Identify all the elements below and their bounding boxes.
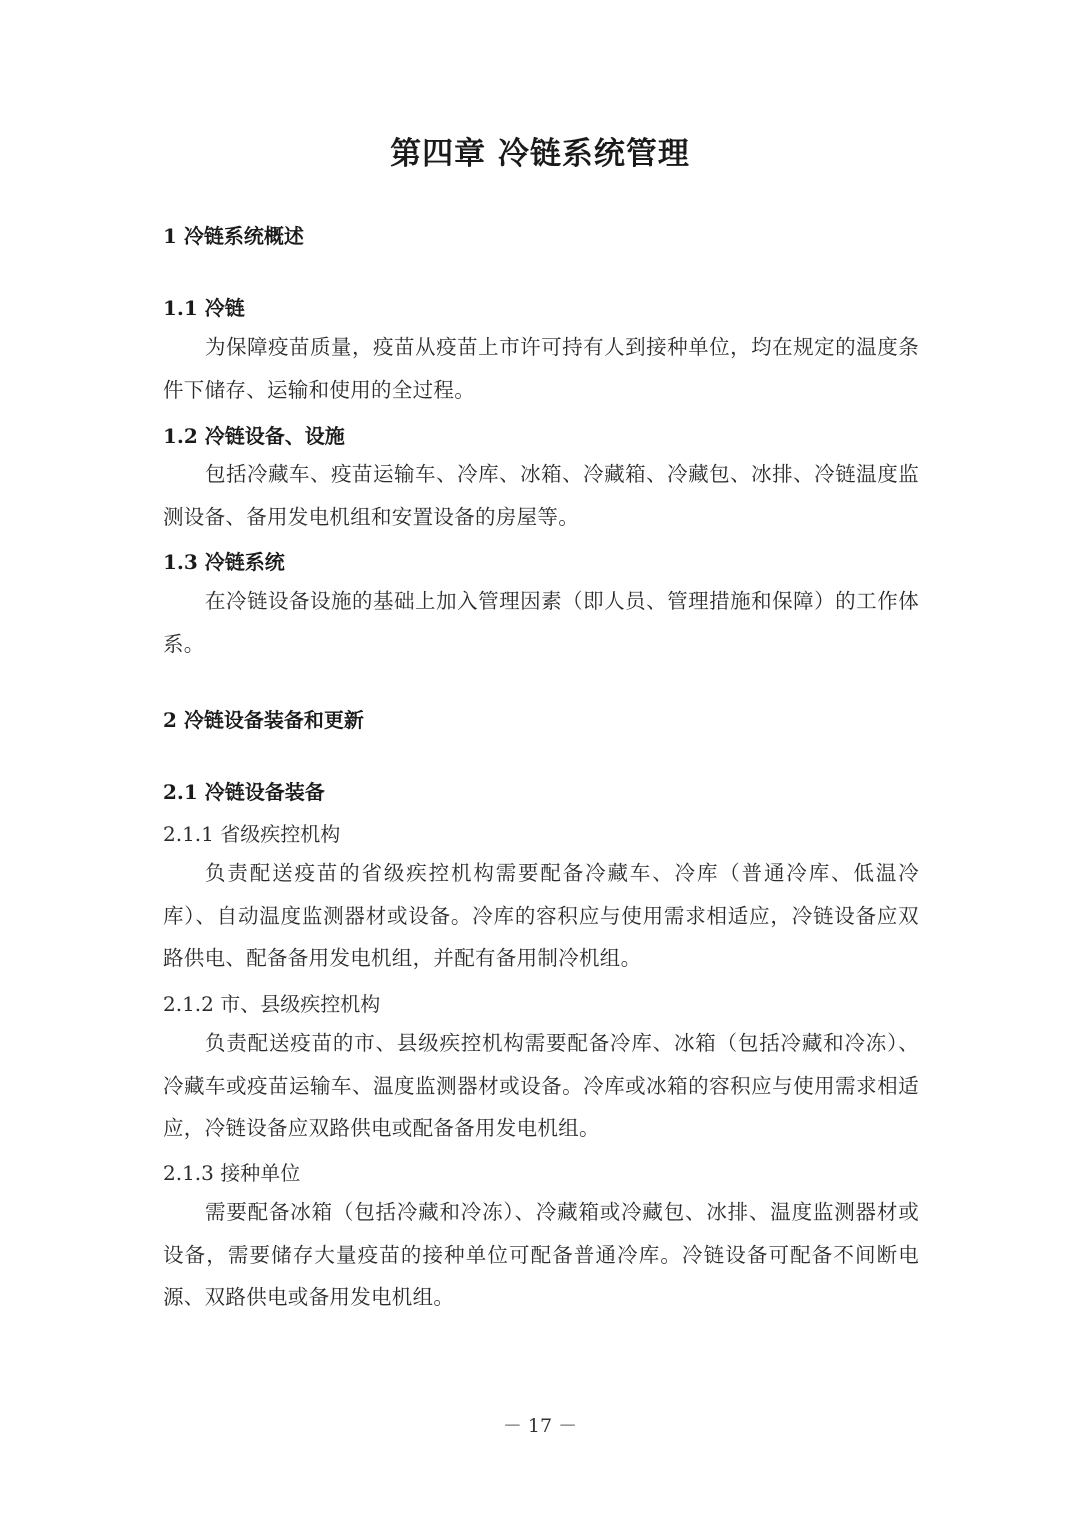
section-heading-2-1-3: 2.1.3 接种单位 xyxy=(163,1157,300,1186)
section-heading-2-1-1: 2.1.1 省级疾控机构 xyxy=(163,818,340,847)
section-body-2-1-1: 负责配送疫苗的省级疾控机构需要配备冷藏车、冷库（普通冷库、低温冷库）、自动温度监… xyxy=(163,852,919,980)
section-body-1-1: 为保障疫苗质量，疫苗从疫苗上市许可持有人到接种单位，均在规定的温度条件下储存、运… xyxy=(163,326,919,411)
page-number: － 17 － xyxy=(0,1411,1080,1438)
section-heading-2-1: 2.1 冷链设备装备 xyxy=(163,776,325,805)
section-body-1-3: 在冷链设备设施的基础上加入管理因素（即人员、管理措施和保障）的工作体系。 xyxy=(163,580,919,665)
section-heading-1-1: 1.1 冷链 xyxy=(163,292,245,321)
section-heading-1-3: 1.3 冷链系统 xyxy=(163,546,285,575)
section-heading-1-2: 1.2 冷链设备、设施 xyxy=(163,420,345,449)
section-body-2-1-3: 需要配备冰箱（包括冷藏和冷冻）、冷藏箱或冷藏包、冰排、温度监测器材或设备，需要储… xyxy=(163,1191,919,1319)
section-heading-1: 1 冷链系统概述 xyxy=(163,220,304,249)
section-body-2-1-2: 负责配送疫苗的市、县级疾控机构需要配备冷库、冰箱（包括冷藏和冷冻）、冷藏车或疫苗… xyxy=(163,1022,919,1150)
section-heading-2: 2 冷链设备装备和更新 xyxy=(163,704,364,733)
section-body-1-2: 包括冷藏车、疫苗运输车、冷库、冰箱、冷藏箱、冷藏包、冰排、冷链温度监测设备、备用… xyxy=(163,453,919,538)
chapter-title: 第四章 冷链系统管理 xyxy=(0,128,1080,173)
section-heading-2-1-2: 2.1.2 市、县级疾控机构 xyxy=(163,988,380,1017)
document-page: 第四章 冷链系统管理 1 冷链系统概述 1.1 冷链 为保障疫苗质量，疫苗从疫苗… xyxy=(0,0,1080,1527)
